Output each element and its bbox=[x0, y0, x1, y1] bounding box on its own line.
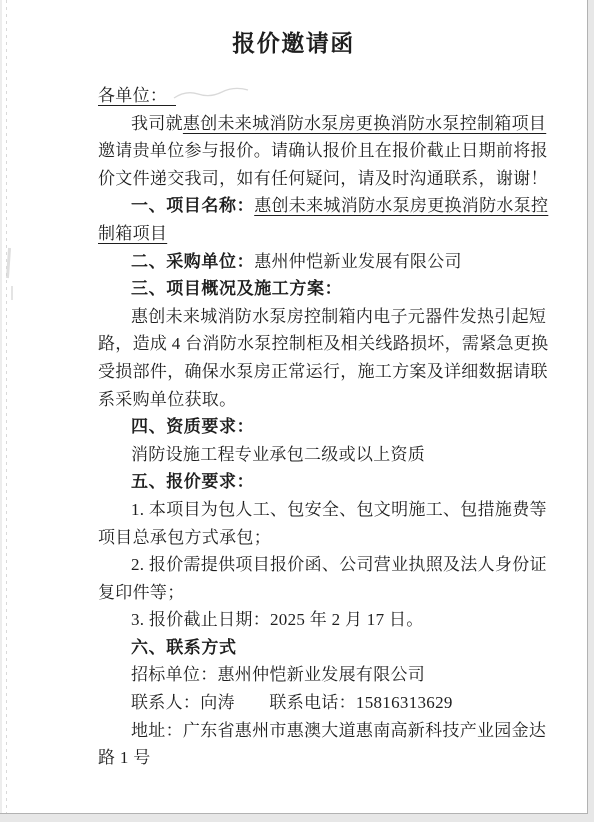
underlined-text-segment: 各单位： bbox=[98, 86, 176, 105]
section-heading-segment: 一、项目名称： bbox=[131, 196, 254, 215]
document-line: 复印件等； bbox=[98, 579, 568, 607]
document-line: 价文件递交我司，如有任何疑问，请及时沟通联系，谢谢！ bbox=[98, 165, 568, 193]
document-line: 系采购单位获取。 bbox=[98, 386, 568, 414]
scan-artifact-left-strip bbox=[0, 0, 2, 813]
document-line: 联系人：向涛 联系电话：15816313629 bbox=[98, 689, 568, 717]
document-body: 各单位： 我司就惠创未来城消防水泵房更换消防水泵控制箱项目邀请贵单位参与报价。请… bbox=[98, 82, 568, 772]
underlined-text-segment: 惠创未来城消防水泵房更换消防水泵控 bbox=[254, 196, 548, 215]
document-line: 各单位： bbox=[98, 82, 568, 110]
text-segment: 3. 报价截止日期：2025 年 2 月 17 日。 bbox=[131, 610, 424, 629]
document-line: 地址：广东省惠州市惠澳大道惠南高新科技产业园金达 bbox=[98, 717, 568, 745]
text-segment: 地址：广东省惠州市惠澳大道惠南高新科技产业园金达 bbox=[131, 721, 546, 740]
text-segment: 消防设施工程专业承包二级或以上资质 bbox=[131, 445, 425, 464]
document-line: 受损部件，确保水泵房正常运行，施工方案及详细数据请联 bbox=[98, 358, 568, 386]
document-line: 六、联系方式 bbox=[98, 634, 568, 662]
document-line: 消防设施工程专业承包二级或以上资质 bbox=[98, 441, 568, 469]
document-line: 2. 报价需提供项目报价函、公司营业执照及法人身份证 bbox=[98, 551, 568, 579]
text-segment: 价文件递交我司，如有任何疑问，请及时沟通联系，谢谢！ bbox=[98, 169, 548, 188]
document-line: 二、采购单位：惠州仲恺新业发展有限公司 bbox=[98, 248, 568, 276]
text-segment: 招标单位：惠州仲恺新业发展有限公司 bbox=[131, 665, 425, 684]
text-segment: 我司就 bbox=[131, 114, 183, 133]
text-segment: 联系人：向涛 联系电话：15816313629 bbox=[131, 693, 453, 712]
document-line: 制箱项目 bbox=[98, 220, 568, 248]
document-line: 四、资质要求： bbox=[98, 413, 568, 441]
text-segment: 惠州仲恺新业发展有限公司 bbox=[254, 252, 462, 271]
underlined-text-segment: 制箱项目 bbox=[98, 224, 167, 243]
scanned-page: 报价邀请函 各单位： 我司就惠创未来城消防水泵房更换消防水泵控制箱项目邀请贵单位… bbox=[0, 0, 588, 814]
screenshot-root: { "colors": { "ink": "#1e1e1e", "page_bg… bbox=[0, 0, 594, 822]
document-line: 路 1 号 bbox=[98, 744, 568, 772]
text-segment: 项目总承包方式承包； bbox=[98, 528, 271, 547]
underlined-text-segment: 惠创未来城消防水泵房更换消防水泵控制箱项目 bbox=[183, 114, 546, 133]
document-line: 一、项目名称：惠创未来城消防水泵房更换消防水泵控 bbox=[98, 192, 568, 220]
text-segment: 路 1 号 bbox=[98, 748, 151, 767]
document-title: 报价邀请函 bbox=[0, 28, 587, 60]
document-line: 1. 本项目为包人工、包安全、包文明施工、包措施费等 bbox=[98, 496, 568, 524]
document-line: 我司就惠创未来城消防水泵房更换消防水泵控制箱项目 bbox=[98, 110, 568, 138]
text-segment: 路，造成 4 台消防水泵控制柜及相关线路损坏，需紧急更换 bbox=[98, 334, 548, 353]
section-heading-segment: 五、报价要求： bbox=[131, 472, 254, 491]
document-line: 招标单位：惠州仲恺新业发展有限公司 bbox=[98, 661, 568, 689]
scan-artifact-left-edge-line bbox=[6, 0, 7, 813]
document-line: 3. 报价截止日期：2025 年 2 月 17 日。 bbox=[98, 606, 568, 634]
text-segment: 邀请贵单位参与报价。请确认报价且在报价截止日期前将报 bbox=[98, 141, 548, 160]
document-line: 项目总承包方式承包； bbox=[98, 524, 568, 552]
section-heading-segment: 六、联系方式 bbox=[131, 638, 237, 657]
text-segment: 2. 报价需提供项目报价函、公司营业执照及法人身份证 bbox=[131, 555, 547, 574]
section-heading-segment: 四、资质要求： bbox=[131, 417, 254, 436]
text-segment: 系采购单位获取。 bbox=[98, 390, 236, 409]
scan-artifact-scratch bbox=[6, 248, 11, 278]
scan-artifact-scratch bbox=[11, 286, 13, 300]
document-line: 路，造成 4 台消防水泵控制柜及相关线路损坏，需紧急更换 bbox=[98, 330, 568, 358]
text-segment: 惠创未来城消防水泵房控制箱内电子元器件发热引起短 bbox=[131, 307, 546, 326]
section-heading-segment: 二、采购单位： bbox=[131, 252, 254, 271]
document-line: 三、项目概况及施工方案： bbox=[98, 275, 568, 303]
document-line: 惠创未来城消防水泵房控制箱内电子元器件发热引起短 bbox=[98, 303, 568, 331]
text-segment: 复印件等； bbox=[98, 583, 185, 602]
scan-artifact-smudge bbox=[172, 84, 252, 104]
section-heading-segment: 三、项目概况及施工方案： bbox=[131, 279, 342, 298]
document-line: 五、报价要求： bbox=[98, 468, 568, 496]
text-segment: 受损部件，确保水泵房正常运行，施工方案及详细数据请联 bbox=[98, 362, 548, 381]
text-segment: 1. 本项目为包人工、包安全、包文明施工、包措施费等 bbox=[131, 500, 547, 519]
document-line: 邀请贵单位参与报价。请确认报价且在报价截止日期前将报 bbox=[98, 137, 568, 165]
